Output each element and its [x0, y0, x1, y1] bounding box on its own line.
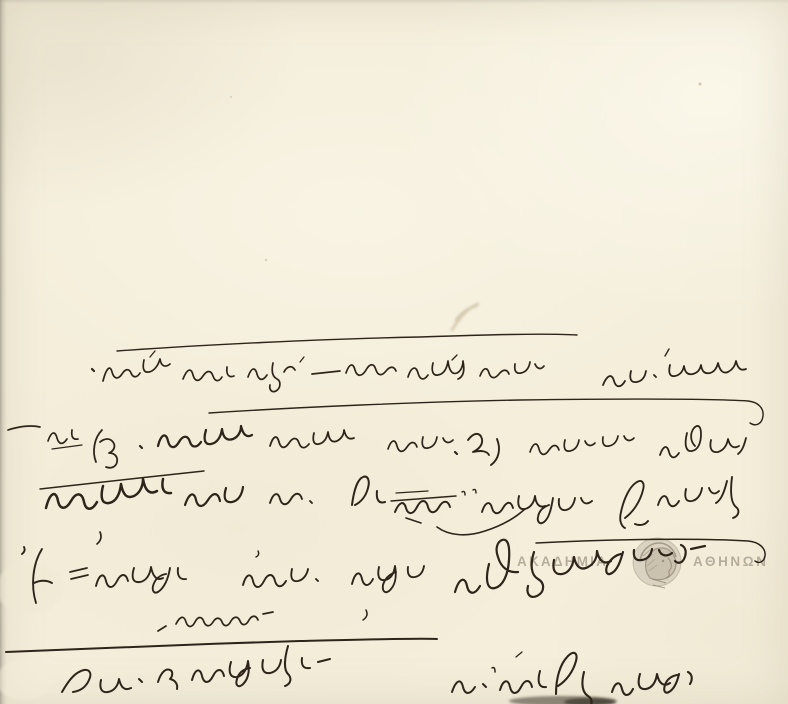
paper-smudge: [452, 304, 478, 330]
paper-smudge: [0, 660, 52, 700]
paper-speck: [699, 83, 702, 86]
handwriting-ink: [0, 0, 788, 704]
paper-artifacts: [0, 83, 702, 704]
paper-speck: [265, 259, 268, 262]
ink-strokes: [6, 334, 765, 704]
manuscript-page: ΑΚΑΔΗΜΙΑ ΑΘΗΝΩΝ: [0, 0, 788, 704]
paper-smudge: [0, 562, 64, 614]
paper-speck: [230, 96, 232, 98]
